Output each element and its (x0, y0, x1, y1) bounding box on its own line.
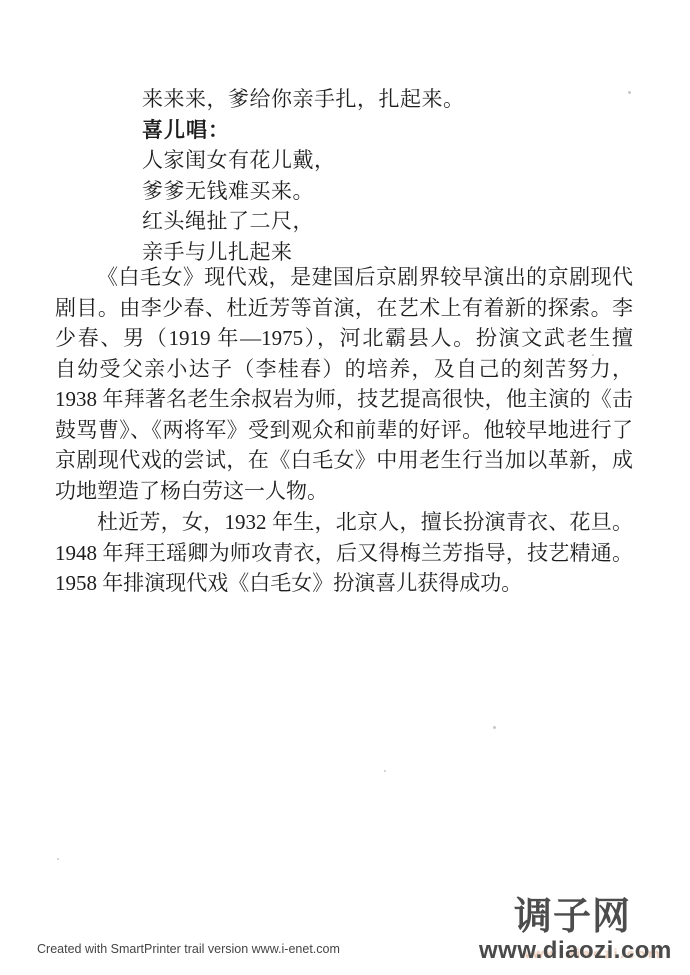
lyric-line: 人家闺女有花儿戴， (142, 145, 465, 176)
text-line: 1958 年排演现代戏《白毛女》扮演喜儿获得成功。 (55, 568, 633, 599)
lyric-line: 来来来，爹给你亲手扎，扎起来。 (142, 84, 465, 115)
scan-speck (628, 91, 631, 94)
text-line: 剧目。由李少春、杜近芳等首演，在艺术上有着新的探索。李 (55, 293, 633, 324)
paragraph-baimaonv-li-shaochun: 《白毛女》现代戏，是建国后京剧界较早演出的京剧现代戏 剧目。由李少春、杜近芳等首… (55, 262, 633, 506)
text-line: 京剧现代戏的尝试，在《白毛女》中用老生行当加以革新，成 (55, 445, 633, 476)
text-line: 《白毛女》现代戏，是建国后京剧界较早演出的京剧现代戏 (55, 262, 633, 293)
scan-speck (384, 770, 386, 772)
scanned-document-page: 来来来，爹给你亲手扎，扎起来。 喜儿唱： 人家闺女有花儿戴， 爹爹无钱难买来。 … (0, 0, 690, 975)
watermark-site-name: 调子网 (514, 898, 631, 936)
paragraph-du-jinfang: 杜近芳，女，1932 年生，北京人，擅长扮演青衣、花旦。 1948 年拜王瑶卿为… (55, 507, 633, 599)
scan-speck (493, 726, 496, 729)
text-line: 1938 年拜著名老生余叔岩为师，技艺提高很快，他主演的《击 (55, 384, 633, 415)
text-line: 功地塑造了杨白劳这一人物。 (55, 476, 633, 507)
lyric-line: 爹爹无钱难买来。 (142, 176, 465, 207)
printer-footer: Created with SmartPrinter trail version … (37, 942, 340, 956)
text-line: 自幼受父亲小达子（李桂春）的培养，及自己的刻苦努力， (55, 354, 633, 385)
text-line: 鼓骂曹》、《两将军》受到观众和前辈的好评。他较早地进行了 (55, 415, 633, 446)
text-line: 1948 年拜王瑶卿为师攻青衣，后又得梅兰芳指导，技艺精通。 (55, 538, 633, 569)
lyric-block: 来来来，爹给你亲手扎，扎起来。 喜儿唱： 人家闺女有花儿戴， 爹爹无钱难买来。 … (142, 84, 465, 268)
text-line: 杜近芳，女，1932 年生，北京人，擅长扮演青衣、花旦。 (55, 507, 633, 538)
text-line: 少春、男（1919 年—1975），河北霸县人。扮演文武老生擅长。 (55, 323, 633, 354)
speaker-heading: 喜儿唱： (142, 115, 465, 146)
scan-speck (592, 354, 594, 356)
watermark-site-url: www.diaozi.com (479, 938, 672, 964)
scan-speck (57, 858, 59, 860)
lyric-line: 红头绳扯了二尺， (142, 206, 465, 237)
